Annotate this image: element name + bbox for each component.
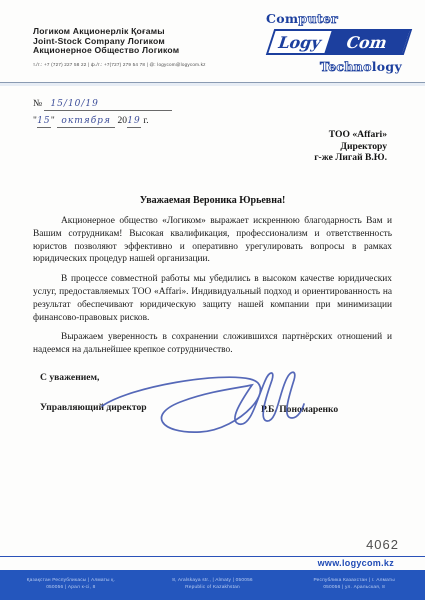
paragraph-1: Акционерное общество «Логиком» выражает … — [33, 215, 392, 266]
footer-address-english: 8, Aralskaya str., | Almaty | 050056 Rep… — [142, 578, 284, 591]
date-quote-close: " — [51, 116, 55, 126]
stamp-number: 4062 — [366, 537, 399, 552]
recipient-position: Директору — [314, 141, 387, 153]
reference-date-line: "15" октября 2019 г. — [33, 116, 149, 128]
logo-parallelogram: Logy Com — [266, 29, 412, 55]
signature-ink — [88, 358, 323, 444]
date-day-handwritten: 15 — [37, 116, 51, 128]
date-year-label: г. — [143, 116, 148, 126]
number-label: № — [33, 99, 42, 109]
reference-number-line: № 15/10/19 — [33, 99, 172, 111]
letter-page: Логиком Акционерлік Қоғамы Joint-Stock C… — [0, 0, 425, 600]
paragraph-2: В процессе совместной работы мы убедилис… — [33, 273, 392, 324]
logo-word-technology: Technology — [320, 59, 402, 74]
company-name-russian: Акционерное Общество Логиком — [33, 46, 179, 56]
recipient-person: г-же Лигай В.Ю. — [314, 152, 387, 164]
logo-logy-text: Logy — [268, 31, 331, 53]
logycom-logo: Computer Logy Com Technology — [258, 11, 418, 77]
date-month-handwritten: октября — [57, 116, 115, 128]
footer-address-russian: Республика Казахстан | г. Алматы 050056 … — [283, 578, 425, 591]
logo-com-text: Com — [324, 31, 409, 53]
header-divider — [0, 82, 425, 86]
logo-word-computer: Computer — [266, 11, 338, 26]
salutation: Уважаемая Вероника Юрьевна! — [33, 195, 392, 206]
footer-address-kazakh: Қазақстан Республикасы | Алматы қ. 05005… — [0, 578, 142, 591]
footer-divider — [0, 556, 425, 557]
date-year-handwritten: 19 — [127, 116, 141, 128]
number-handwritten-value: 15/10/19 — [44, 99, 172, 111]
date-year-prefix: 20 — [118, 116, 128, 126]
letter-body: Уважаемая Вероника Юрьевна! Акционерное … — [33, 195, 392, 364]
company-name-block: Логиком Акционерлік Қоғамы Joint-Stock C… — [33, 27, 179, 56]
header-contact-line: т./т.: +7 (727) 227 58 22 | ф./т.: +7(72… — [33, 62, 206, 67]
website-url: www.logycom.kz — [318, 558, 394, 568]
recipient-company: ТОО «Affari» — [314, 129, 387, 141]
footer-address-bar: Қазақстан Республикасы | Алматы қ. 05005… — [0, 570, 425, 600]
recipient-block: ТОО «Affari» Директору г-же Лигай В.Ю. — [314, 129, 387, 164]
paragraph-3: Выражаем уверенность в сохранении сложив… — [33, 331, 392, 357]
